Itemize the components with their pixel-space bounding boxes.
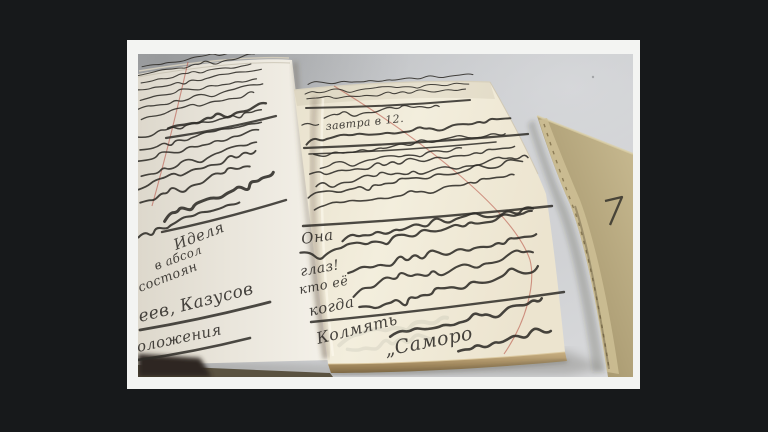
notebook-photo: Иделяв абсолсостоянеев, Казусоволоженияз… xyxy=(138,54,633,377)
dust-speck xyxy=(592,76,594,78)
page-background: { "app": { "background_color": "#17191b"… xyxy=(0,0,768,432)
photo-frame[interactable]: Иделяв абсолсостоянеев, Казусоволоженияз… xyxy=(127,40,640,389)
notebook-photo-svg: Иделяв абсолсостоянеев, Казусоволоженияз… xyxy=(138,54,633,377)
